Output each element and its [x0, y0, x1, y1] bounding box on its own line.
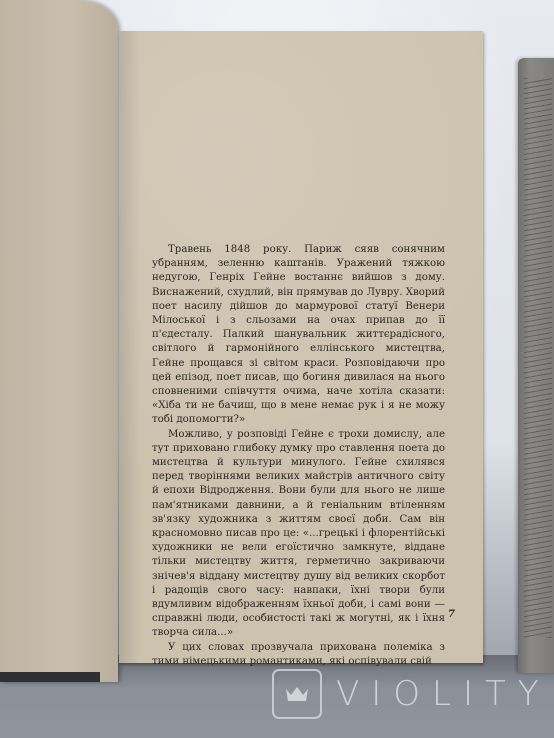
- watermark-text: VIOLITY: [336, 674, 551, 714]
- crown-icon: [272, 669, 322, 719]
- book-cover-edge: [0, 672, 100, 682]
- left-page-curled: [0, 0, 118, 682]
- paragraph: Травень 1848 року. Париж сяяв сонячним у…: [152, 243, 445, 428]
- paragraph: У цих словах прозвучала прихована полемі…: [152, 641, 445, 669]
- other-book-cover: [518, 58, 554, 673]
- watermark: VIOLITY: [272, 669, 551, 719]
- book-page: Травень 1848 року. Париж сяяв сонячним у…: [119, 31, 483, 663]
- page-number: 7: [448, 609, 455, 620]
- paragraph: Можливо, у розповіді Гейне є трохи домис…: [152, 428, 445, 641]
- page-text: Травень 1848 року. Париж сяяв сонячним у…: [152, 243, 445, 669]
